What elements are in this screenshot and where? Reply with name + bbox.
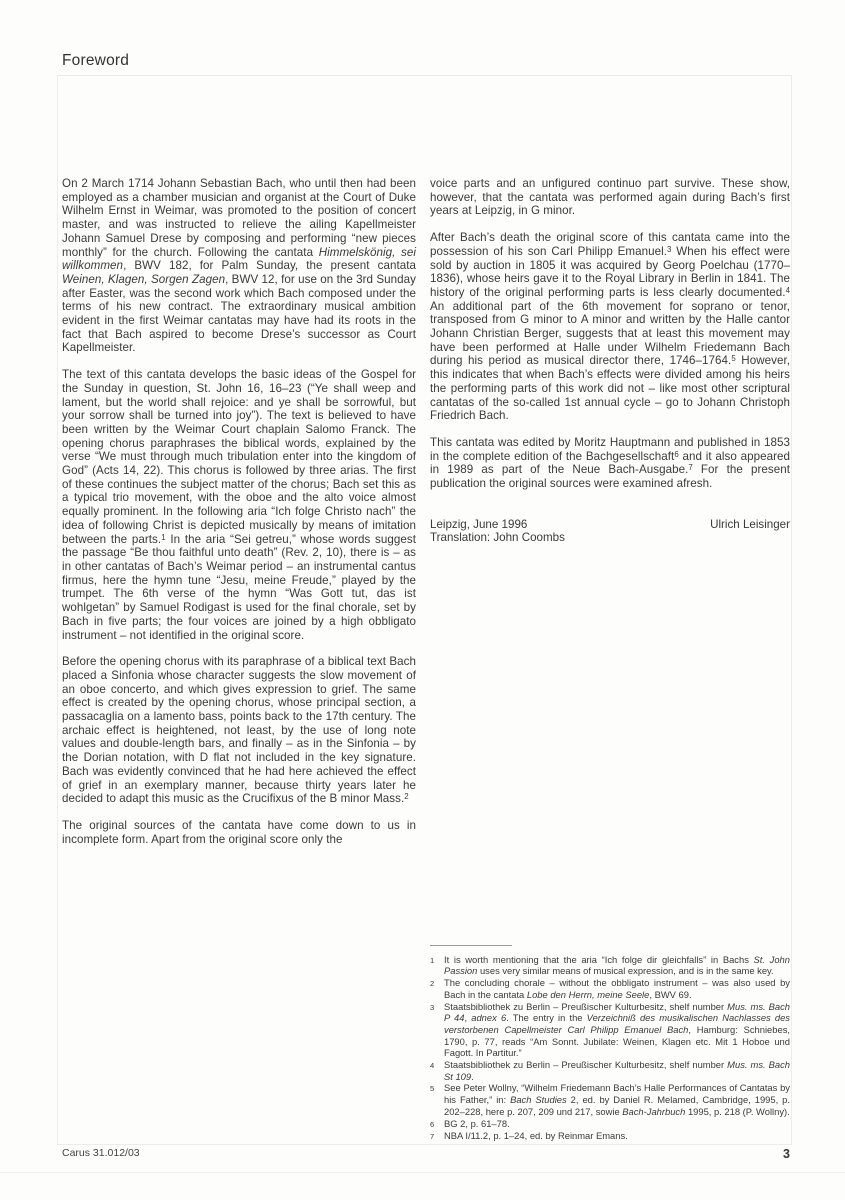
footnote-text: It is worth mentioning that the aria “Ic…	[444, 954, 790, 977]
paragraph: The text of this cantata develops the ba…	[62, 368, 416, 642]
scanned-page: Foreword On 2 March 1714 Johann Sebastia…	[0, 0, 845, 1200]
footnote-text: See Peter Wollny, “Wilhelm Friedemann Ba…	[444, 1082, 790, 1117]
paragraph: voice parts and an unfigured continuo pa…	[430, 177, 790, 218]
scan-edge-line	[0, 1172, 845, 1173]
page-title: Foreword	[62, 52, 129, 70]
paragraph: After Bach’s death the original score of…	[430, 231, 790, 423]
footnote-text: Staatsbibliothek zu Berlin – Preußischer…	[444, 1001, 790, 1060]
footnote-number: 5	[430, 1082, 444, 1117]
footnote: 4 Staatsbibliothek zu Berlin – Preußisch…	[430, 1059, 790, 1082]
footnote-number: 7	[430, 1130, 444, 1143]
footnote-number: 2	[430, 977, 444, 1000]
footnote-text: NBA I/11.2, p. 1–24, ed. by Reinmar Eman…	[444, 1130, 790, 1143]
footnote-number: 1	[430, 954, 444, 977]
paragraph: On 2 March 1714 Johann Sebastian Bach, w…	[62, 177, 416, 355]
footnote: 1 It is worth mentioning that the aria “…	[430, 954, 790, 977]
left-column: On 2 March 1714 Johann Sebastian Bach, w…	[62, 177, 416, 1143]
footnote: 6 BG 2, p. 61–78.	[430, 1118, 790, 1131]
signature-block: Leipzig, June 1996 Ulrich Leisinger Tran…	[430, 518, 790, 545]
footnote-separator-rule	[430, 945, 512, 946]
page-number: 3	[783, 1147, 790, 1161]
signature-translation: Translation: John Coombs	[430, 531, 565, 545]
footnote: 2 The concluding chorale – without the o…	[430, 977, 790, 1000]
footnote: 5 See Peter Wollny, “Wilhelm Friedemann …	[430, 1082, 790, 1117]
paragraph: This cantata was edited by Moritz Hauptm…	[430, 436, 790, 491]
signature-place-date: Leipzig, June 1996	[430, 518, 527, 532]
text-columns: On 2 March 1714 Johann Sebastian Bach, w…	[62, 177, 790, 1143]
footnote-number: 4	[430, 1059, 444, 1082]
right-column: voice parts and an unfigured continuo pa…	[430, 177, 790, 1143]
page-footer: Carus 31.012/03 3	[62, 1147, 790, 1161]
footnote-number: 6	[430, 1118, 444, 1131]
footnote: 7 NBA I/11.2, p. 1–24, ed. by Reinmar Em…	[430, 1130, 790, 1143]
publisher-id: Carus 31.012/03	[62, 1147, 140, 1159]
footnote-number: 3	[430, 1001, 444, 1060]
paragraph: Before the opening chorus with its parap…	[62, 655, 416, 806]
paragraph: The original sources of the cantata have…	[62, 819, 416, 846]
signature-author: Ulrich Leisinger	[710, 518, 790, 532]
footnote: 3 Staatsbibliothek zu Berlin – Preußisch…	[430, 1001, 790, 1060]
footnote-text: BG 2, p. 61–78.	[444, 1118, 790, 1131]
footnote-block: 1 It is worth mentioning that the aria “…	[430, 945, 790, 1143]
footnote-text: Staatsbibliothek zu Berlin – Preußischer…	[444, 1059, 790, 1082]
footnote-text: The concluding chorale – without the obb…	[444, 977, 790, 1000]
